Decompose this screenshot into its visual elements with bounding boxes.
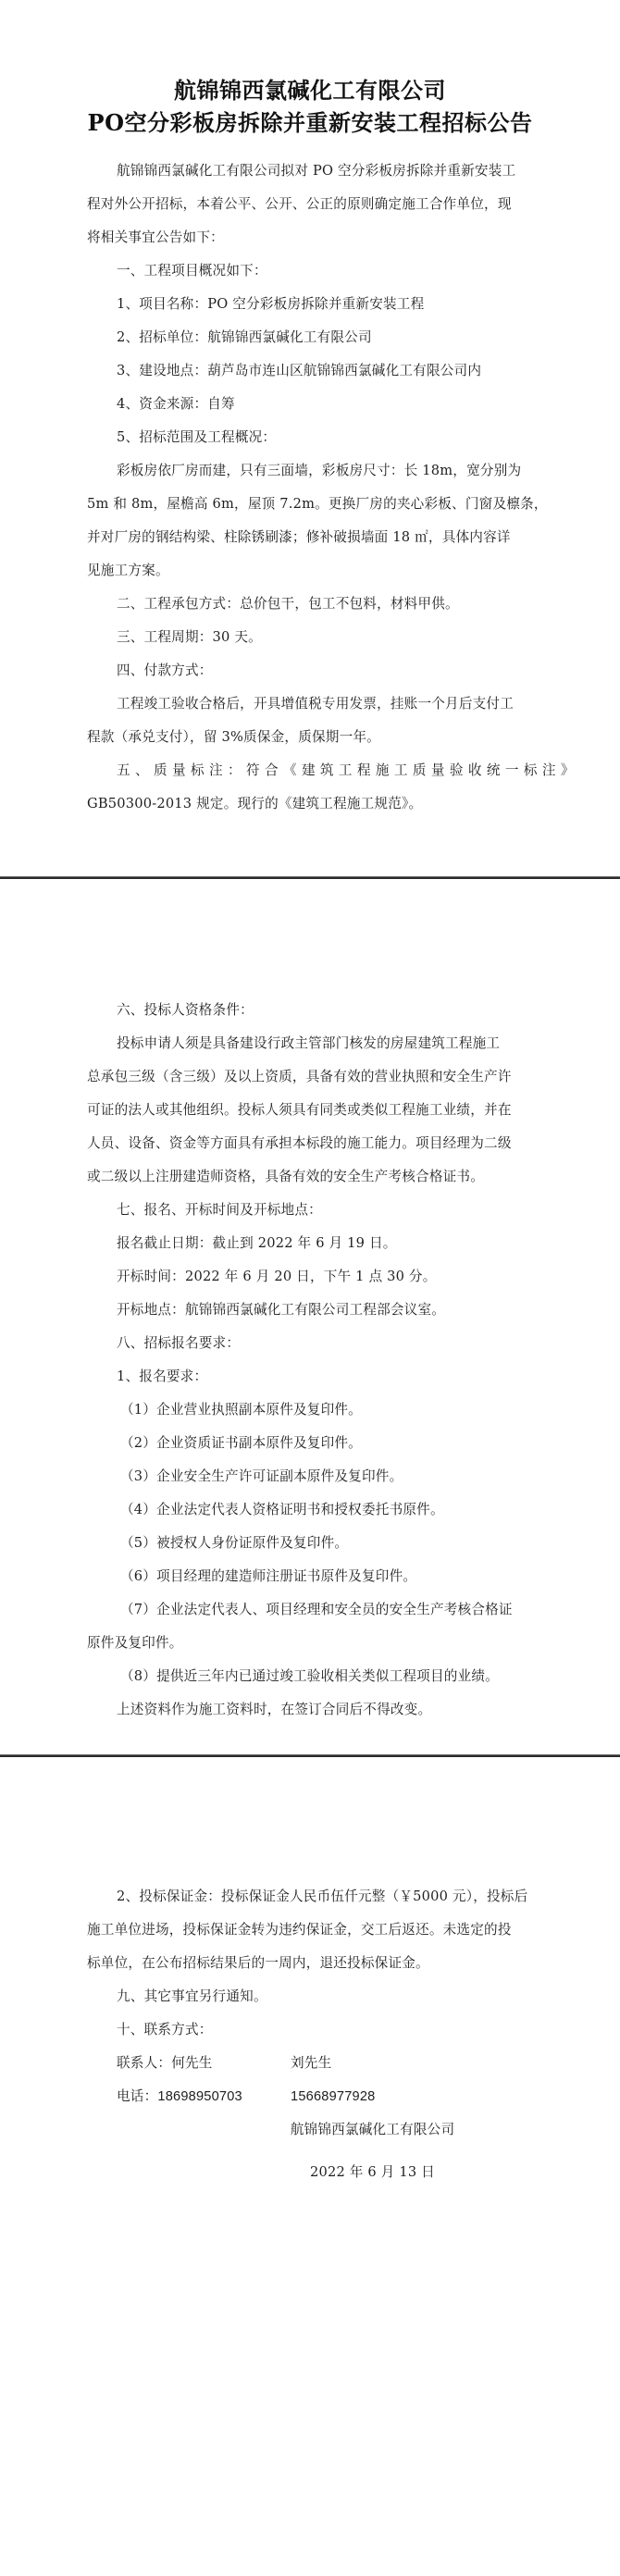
signature-date: 2022 年 6 月 13 日 — [0, 2163, 620, 2182]
scope-line-1: 彩板房依厂房而建，只有三面墙，彩板房尺寸：长 18m，宽分别为 — [117, 462, 521, 480]
section1-item-1: 1、项目名称：PO 空分彩板房拆除并重新安装工程 — [117, 295, 424, 314]
bid-opening-place: 开标地点：航锦锦西氯碱化工有限公司工程部会议室。 — [117, 1301, 445, 1319]
registration-deadline: 报名截止日期：截止到 2022 年 6 月 19 日。 — [117, 1234, 397, 1253]
materials-note: 上述资料作为施工资料时，在签订合同后不得改变。 — [117, 1701, 431, 1719]
phone-label: 电话： — [117, 2088, 157, 2104]
section1-item-3: 3、建设地点：葫芦岛市连山区航锦锦西氯碱化工有限公司内 — [117, 362, 481, 380]
page-1: 航锦锦西氯碱化工有限公司 PO空分彩板房拆除并重新安装工程招标公告 航锦锦西氯碱… — [0, 0, 620, 876]
contact-2-name: 刘先生 — [291, 2054, 331, 2073]
page-3: 2、投标保证金：投标保证金人民币伍仟元整（￥5000 元），投标后 施工单位进场… — [0, 1757, 620, 2576]
page-2: 六、投标人资格条件： 投标申请人须是具备建设行政主管部门核发的房屋建筑工程施工 … — [0, 879, 620, 1754]
section10-heading: 十、联系方式： — [117, 2021, 213, 2039]
qualification-line-5: 或二级以上注册建造师资格，具备有效的安全生产考核合格证书。 — [87, 1168, 484, 1186]
intro-line-2: 程对外公开招标，本着公平、公开、公正的原则确定施工合作单位，现 — [87, 195, 512, 214]
scope-line-3: 并对厂房的钢结构梁、柱除锈刷漆；修补破损墙面 18 ㎡，具体内容详 — [87, 528, 511, 547]
contact-persons-row: 联系人：何先生 刘先生 — [117, 2054, 487, 2073]
intro-line-1: 航锦锦西氯碱化工有限公司拟对 PO 空分彩板房拆除并重新安装工 — [117, 162, 515, 180]
section9-other: 九、其它事宜另行通知。 — [117, 1988, 267, 2006]
qualification-line-2: 总承包三级（含三级）及以上资质，具备有效的营业执照和安全生产许 — [87, 1068, 512, 1086]
requirement-item-8: （8）提供近三年内已通过竣工验收相关类似工程项目的业绩。 — [120, 1667, 499, 1686]
section5-quality-line-2: GB50300-2013 规定。现行的《建筑工程施工规范》。 — [87, 795, 422, 813]
contact-label: 联系人： — [117, 2055, 171, 2071]
section8-heading: 八、招标报名要求： — [117, 1334, 240, 1353]
section7-heading: 七、报名、开标时间及开标地点： — [117, 1201, 322, 1220]
requirement-item-5: （5）被授权人身份证原件及复印件。 — [120, 1534, 348, 1553]
section5-quality-line-1: 五、质量标注：符合《建筑工程施工质量验收统一标注》 — [117, 762, 579, 780]
requirement-item-4: （4）企业法定代表人资格证明书和授权委托书原件。 — [120, 1501, 444, 1519]
deposit-line-3: 标单位，在公布招标结果后的一周内，退还投标保证金。 — [87, 1954, 429, 1973]
contact-1-name: 何先生 — [171, 2055, 212, 2071]
contact-2-phone: 15668977928 — [291, 2087, 375, 2106]
deposit-line-1: 2、投标保证金：投标保证金人民币伍仟元整（￥5000 元），投标后 — [117, 1888, 527, 1906]
section1-item-2: 2、招标单位：航锦锦西氯碱化工有限公司 — [117, 328, 372, 347]
signature-company: 航锦锦西氯碱化工有限公司 — [0, 2121, 620, 2139]
section1-item-5: 5、招标范围及工程概况： — [117, 428, 276, 447]
section1-item-4: 4、资金来源：自筹 — [117, 395, 235, 414]
title-company: 航锦锦西氯碱化工有限公司 — [0, 75, 620, 106]
contact-phones-row: 电话：18698950703 15668977928 — [117, 2087, 487, 2106]
requirement-item-3: （3）企业安全生产许可证副本原件及复印件。 — [120, 1468, 403, 1486]
scope-line-2: 5m 和 8m，屋檐高 6m，屋顶 7.2m。更换厂房的夹心彩板、门窗及檩条， — [87, 495, 548, 514]
section6-heading: 六、投标人资格条件： — [117, 1001, 254, 1020]
section2-contract-method: 二、工程承包方式：总价包干，包工不包料，材料甲供。 — [117, 595, 459, 613]
intro-line-3: 将相关事宜公告如下： — [87, 229, 224, 247]
requirement-item-7-cont: 原件及复印件。 — [87, 1634, 183, 1653]
title-announcement: PO空分彩板房拆除并重新安装工程招标公告 — [0, 107, 620, 139]
qualification-line-4: 人员、设备、资金等方面具有承担本标段的施工能力。项目经理为二级 — [87, 1134, 512, 1153]
requirement-item-1: （1）企业营业执照副本原件及复印件。 — [120, 1401, 362, 1419]
qualification-line-1: 投标申请人须是具备建设行政主管部门核发的房屋建筑工程施工 — [117, 1034, 500, 1053]
requirement-item-6: （6）项目经理的建造师注册证书原件及复印件。 — [120, 1567, 416, 1586]
qualification-line-3: 可证的法人或其他组织。投标人须具有同类或类似工程施工业绩，并在 — [87, 1101, 512, 1120]
payment-line-2: 程款（承兑支付），留 3%质保金，质保期一年。 — [87, 728, 380, 747]
section3-duration: 三、工程周期：30 天。 — [117, 628, 262, 647]
contact-1-phone: 18698950703 — [157, 2089, 242, 2104]
section1-heading: 一、工程项目概况如下： — [117, 262, 267, 280]
deposit-line-2: 施工单位进场，投标保证金转为违约保证金，交工后返还。未选定的投 — [87, 1921, 512, 1939]
section4-heading: 四、付款方式： — [117, 662, 213, 680]
payment-line-1: 工程竣工验收合格后，开具增值税专用发票，挂账一个月后支付工 — [117, 695, 514, 713]
requirement-item-2: （2）企业资质证书副本原件及复印件。 — [120, 1434, 362, 1453]
bid-opening-time: 开标时间：2022 年 6 月 20 日，下午 1 点 30 分。 — [117, 1268, 437, 1286]
registration-requirements-heading: 1、报名要求： — [117, 1368, 207, 1386]
scope-line-4: 见施工方案。 — [87, 562, 169, 580]
requirement-item-7: （7）企业法定代表人、项目经理和安全员的安全生产考核合格证 — [120, 1601, 513, 1619]
